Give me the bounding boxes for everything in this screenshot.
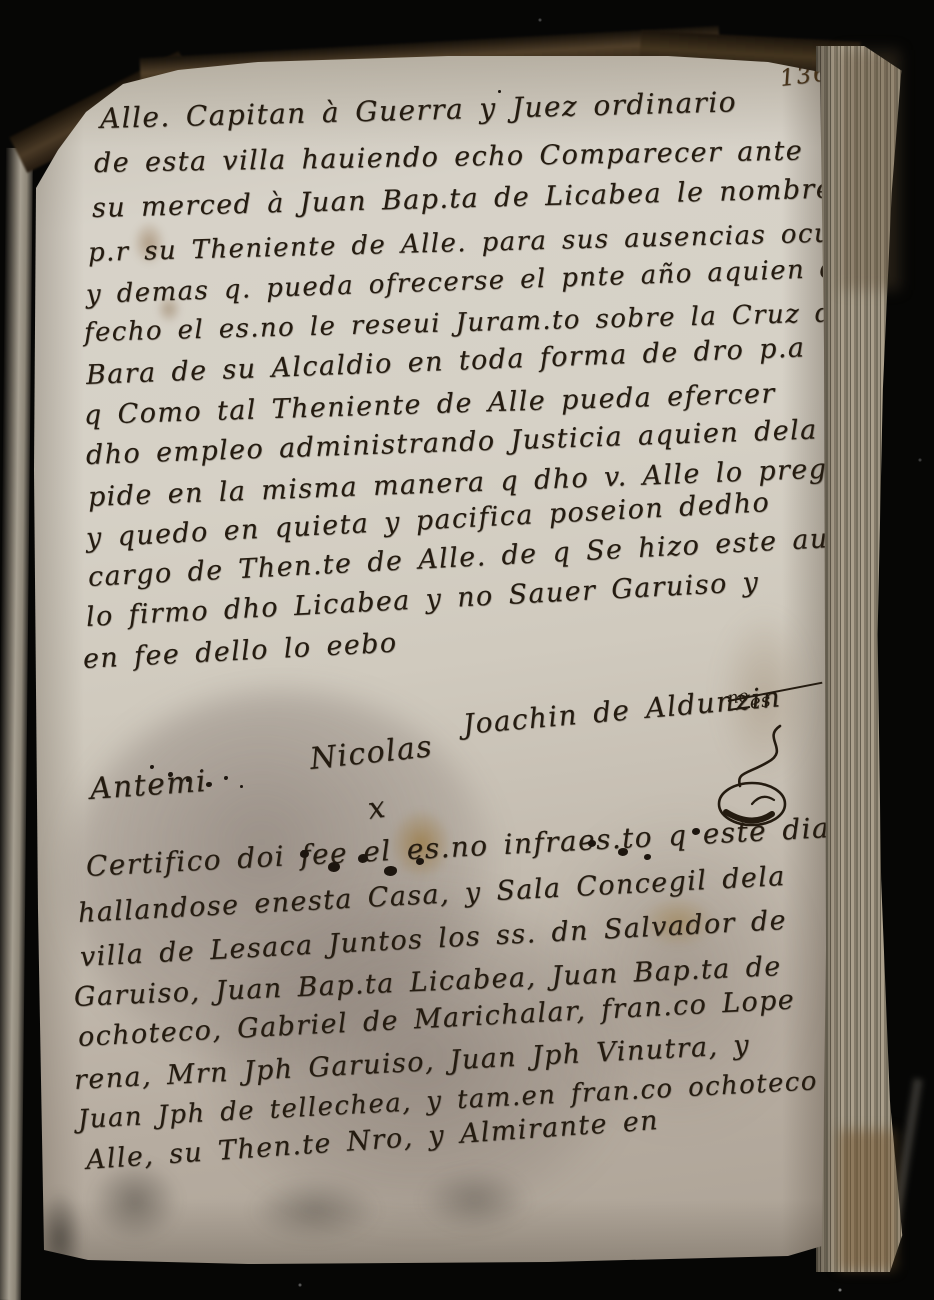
manuscript-line: su merced à Juan Bap.ta de Licabea le no… — [92, 174, 834, 224]
ink-blot — [618, 848, 628, 856]
ink-blot — [644, 854, 651, 860]
fore-edge-stain — [838, 1130, 896, 1270]
fore-edge-stain — [840, 50, 900, 290]
manuscript-scan: 136 Alle. Capitan à Guerra y Juez ordina… — [0, 0, 934, 1300]
manuscript-line: en fee dello lo eebo — [82, 628, 398, 675]
signature-name-first: Nicolas — [308, 729, 434, 777]
ink-blot — [186, 778, 190, 782]
ink-blot — [328, 862, 340, 872]
ink-blot — [384, 866, 397, 876]
manuscript-line: Alle. Capitan à Guerra y Juez ordinario — [100, 85, 738, 135]
soot-smudge — [250, 1178, 380, 1242]
soot-smudge — [38, 1190, 82, 1286]
ink-blot — [206, 782, 212, 787]
soot-smudge — [420, 1168, 530, 1232]
manuscript-page: 136 Alle. Capitan à Guerra y Juez ordina… — [28, 50, 830, 1272]
signature-prefix: Antemi — [89, 764, 208, 807]
adjacent-page-edge — [0, 148, 33, 1300]
manuscript-line: de esta villa hauiendo echo Comparecer a… — [94, 136, 804, 179]
ink-blot — [240, 785, 243, 788]
ink-blot — [150, 765, 154, 769]
signature-cross: x — [366, 790, 389, 827]
ink-blot — [224, 776, 228, 780]
